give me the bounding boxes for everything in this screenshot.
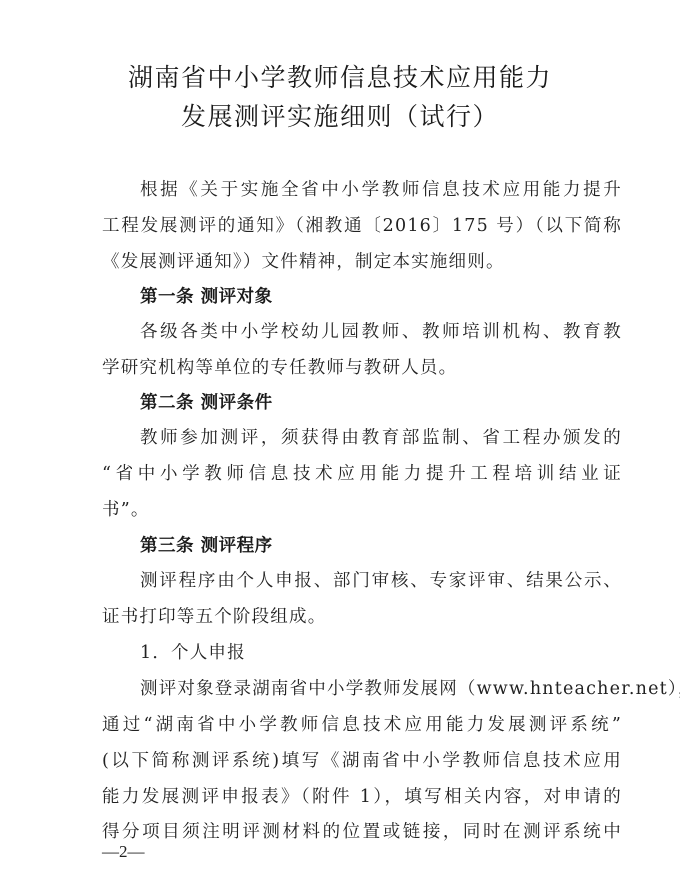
document-title-line-1: 湖南省中小学教师信息技术应用能力 [0, 58, 680, 94]
intro-paragraph-line: 工程发展测评的通知》（湘教通〔2016〕175 号）（以下简称 [102, 212, 622, 237]
section-1-line: 各级各类中小学校幼儿园教师、教师培训机构、教育教 [140, 318, 622, 343]
subsection-line: (以下简称测评系统)填写《湖南省中小学教师信息技术应用 [102, 747, 622, 772]
section-2-line: “省中小学教师信息技术应用能力提升工程培训结业证 [102, 460, 622, 485]
document-page: 湖南省中小学教师信息技术应用能力 发展测评实施细则（试行） 根据《关于实施全省中… [0, 0, 680, 874]
section-2-line: 教师参加测评，须获得由教育部监制、省工程办颁发的 [140, 424, 622, 449]
subsection-heading: 1．个人申报 [140, 639, 660, 664]
section-3-line: 测评程序由个人申报、部门审核、专家评审、结果公示、 [140, 567, 622, 592]
section-3-line: 证书打印等五个阶段组成。 [102, 603, 622, 628]
intro-paragraph-line: 《发展测评通知》）文件精神，制定本实施细则。 [102, 248, 622, 273]
document-title-line-2: 发展测评实施细则（试行） [0, 97, 680, 133]
subsection-line: 通过“湖南省中小学教师信息技术应用能力发展测评系统” [102, 711, 622, 736]
subsection-line: 得分项目须注明评测材料的位置或链接，同时在测评系统中 [102, 818, 622, 843]
subsection-line: 测评对象登录湖南省中小学教师发展网（www.hnteacher.net）， [140, 675, 622, 700]
section-heading-3: 第三条 测评程序 [140, 532, 273, 557]
section-heading-2: 第二条 测评条件 [140, 389, 273, 414]
subsection-line: 能力发展测评申报表》（附件 1），填写相关内容，对申请的 [102, 783, 622, 808]
section-1-line: 学研究机构等单位的专任教师与教研人员。 [102, 354, 622, 379]
page-number: —2— [102, 842, 145, 862]
intro-paragraph-line: 根据《关于实施全省中小学教师信息技术应用能力提升 [140, 176, 622, 201]
section-heading-1: 第一条 测评对象 [140, 283, 273, 308]
section-2-line: 书”。 [102, 496, 622, 521]
